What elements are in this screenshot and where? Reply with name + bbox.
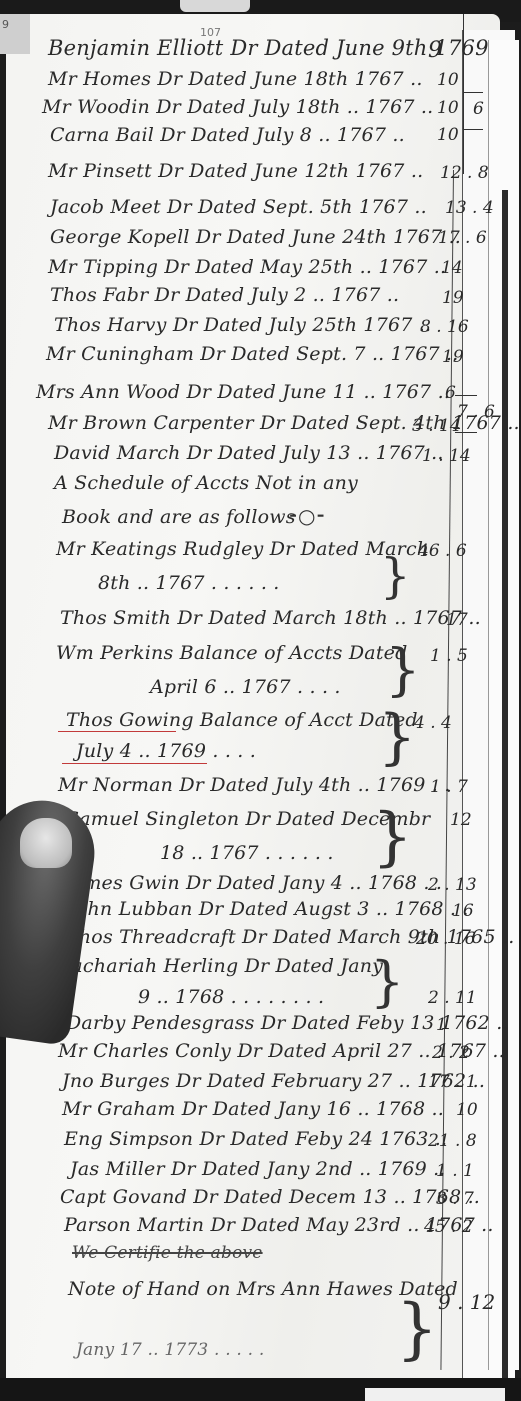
thumbnail — [20, 818, 72, 868]
binding-fold — [502, 190, 508, 1380]
red-underline — [62, 763, 207, 764]
entry-line-continued: 9 .. 1768 . . . . . . . . — [138, 986, 324, 1008]
brace: } — [385, 638, 421, 703]
entry-line-highlighted: July 4 .. 1769 . . . . — [76, 740, 256, 762]
entry-amount: 20 . 16 — [416, 929, 475, 949]
entry-line: Carna Bail Dr Dated July 8 .. 1767 .. — [50, 124, 405, 146]
entry-line: Thos Smith Dr Dated March 18th .. 1767 .… — [60, 607, 481, 629]
entry-amount: 1 . 7 — [430, 777, 468, 797]
entry-line: Mr Tipping Dr Dated May 25th .. 1767 .. — [48, 256, 446, 278]
entry-amount-extra: 6 — [473, 99, 484, 119]
entry-amount: 9 — [428, 38, 442, 63]
entry-line: Mr Graham Dr Dated Jany 16 .. 1768 .. — [62, 1098, 444, 1120]
entry-amount: 21 . 8 — [428, 1131, 477, 1151]
entry-line: George Kopell Dr Dated June 24th 1767 .. — [50, 226, 461, 248]
entry-line: Mr Keatings Rudgley Dr Dated March — [56, 538, 429, 560]
scan-artifact-top — [180, 0, 250, 12]
entry-amount: 10 — [437, 125, 459, 145]
entry-amount: 1 . 1 — [436, 1161, 474, 1181]
entry-amount: 14 — [441, 258, 463, 278]
schedule-heading: A Schedule of Accts Not in any — [54, 472, 358, 494]
entry-amount: 3 . 7 — [436, 1189, 474, 1209]
entry-amount: 19 — [442, 288, 464, 308]
entry-line-continued: 18 .. 1767 . . . . . . — [160, 842, 334, 864]
brace: } — [378, 702, 416, 772]
entry-amount: 17 . 1 — [428, 1072, 477, 1092]
entry-line: John Lubban Dr Dated Augst 3 .. 1768 . . — [68, 898, 469, 920]
entry-line: Zachariah Herling Dr Dated Jany — [58, 955, 383, 977]
struck-certification-line: We Certifie the above — [72, 1243, 263, 1263]
entry-line-continued: Jany 17 .. 1773 . . . . . — [76, 1340, 264, 1360]
column-tick — [463, 92, 483, 93]
entry-amount: 46 . 6 — [418, 541, 467, 561]
entry-amount: 10 — [437, 98, 459, 118]
entry-line: Mr Woodin Dr Dated July 18th .. 1767 .. — [42, 96, 433, 118]
brace: } — [370, 950, 404, 1013]
entry-line: Mr Cuningham Dr Dated Sept. 7 .. 1767 .. — [46, 343, 459, 365]
entry-amount: 10 — [437, 70, 459, 90]
entry-amount: 3 . 14 — [412, 416, 461, 436]
entry-line: Jas Miller Dr Dated Jany 2nd .. 1769 .. — [70, 1158, 446, 1180]
entry-amount: 12 . 8 — [440, 163, 489, 183]
scan-artifact-bottom — [365, 1388, 505, 1401]
entry-line: Eng Simpson Dr Dated Feby 24 1763 .. — [64, 1128, 447, 1150]
entry-line: Capt Govand Dr Dated Decem 13 .. 1768 .. — [60, 1186, 480, 1208]
schedule-heading: Book and are as follows — [62, 506, 296, 528]
corner-mark: 9 — [2, 18, 9, 31]
entry-line: Mr Homes Dr Dated June 18th 1767 .. — [48, 68, 423, 90]
entry-line: Mr Pinsett Dr Dated June 12th 1767 .. — [48, 160, 423, 182]
column-tick — [463, 129, 483, 130]
entry-line-continued: April 6 .. 1767 . . . . — [150, 676, 341, 698]
entry-amount: 12 — [450, 810, 472, 830]
entry-amount: 6 — [445, 383, 456, 403]
brace: } — [372, 800, 413, 874]
entry-line: Thos Harvy Dr Dated July 25th 1767 .. — [54, 314, 431, 336]
entry-line-highlighted: Thos Gowing Balance of Acct Dated — [66, 709, 418, 731]
entry-line: Mrs Ann Wood Dr Dated June 11 .. 1767 .. — [36, 381, 450, 403]
entry-amount: 13 . 4 — [445, 198, 494, 218]
red-underline — [58, 731, 176, 732]
entry-line-continued: 8th .. 1767 . . . . . . — [98, 572, 280, 594]
entry-line: Benjamin Elliott Dr Dated June 9th 1769 — [48, 36, 489, 60]
column-tick — [455, 395, 477, 396]
entry-line: Mr Norman Dr Dated July 4th .. 1769 . . — [58, 774, 450, 796]
entry-amount: 1 . 5 — [430, 646, 468, 666]
entry-amount: 19 — [442, 347, 464, 367]
entry-line: Jacob Meet Dr Dated Sept. 5th 1767 .. — [50, 196, 427, 218]
entry-line: Jno Burges Dr Dated February 27 .. 1762 … — [62, 1070, 485, 1092]
brace: } — [380, 548, 411, 604]
entry-amount: 10 — [456, 1100, 478, 1120]
entry-amount: 1 — [436, 1015, 447, 1035]
entry-amount: 2 . 11 — [428, 988, 477, 1008]
entry-amount: 2 . 13 — [428, 875, 477, 895]
entry-amount: 17 — [446, 610, 468, 630]
entry-amount: 4 . 4 — [414, 713, 452, 733]
entry-amount: 45 . 2 — [424, 1217, 473, 1237]
entry-amount: 8 . 16 — [420, 317, 469, 337]
entry-line: Thos Fabr Dr Dated July 2 .. 1767 .. — [50, 284, 399, 306]
entry-amount: 1 . 14 — [422, 446, 471, 466]
entry-line: David March Dr Dated July 13 .. 1767 .. — [54, 442, 444, 464]
entry-amount: 2 . 2 — [432, 1043, 470, 1063]
entry-amount: 16 — [452, 901, 474, 921]
brace: } — [396, 1290, 438, 1367]
entry-amount: 17 . 6 — [438, 228, 487, 248]
pen-flourish: ⁃○⁃ — [288, 504, 325, 528]
entry-line: Wm Perkins Balance of Accts Dated — [56, 642, 407, 664]
entry-line: James Gwin Dr Dated Jany 4 .. 1768 . . — [64, 872, 442, 894]
entry-amount: 9 . 12 — [438, 1290, 495, 1314]
